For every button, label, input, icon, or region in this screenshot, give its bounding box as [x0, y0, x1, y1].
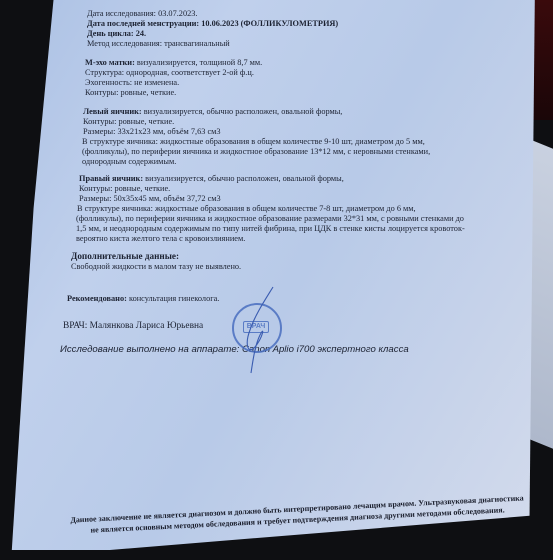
document-content: Дата исследования: 03.07.2023. Дата посл…: [0, 0, 553, 560]
last-menstruation-value: 10.06.2023 (ФОЛЛИКУЛОМЕТРИЯ): [201, 19, 338, 28]
uterus-echo-value: визуализируется, толщиной 8,7 мм.: [135, 58, 262, 67]
left-ovary-structure-3: однородным содержимым.: [82, 157, 176, 167]
additional-data-value: Свободной жидкости в малом тазу не выявл…: [71, 262, 241, 272]
right-ovary-structure-2: (фолликулы), по периферии яичника и жидк…: [76, 214, 464, 224]
study-date: Дата исследования: 03.07.2023.: [87, 9, 197, 19]
recommendation: Рекомендовано: консультация гинеколога.: [67, 294, 219, 304]
additional-data: Дополнительные данные:: [71, 251, 179, 261]
uterus-echo-label: М-эхо матки:: [85, 58, 135, 67]
additional-data-label: Дополнительные данные:: [71, 251, 179, 261]
recommendation-value: консультация гинеколога.: [127, 294, 219, 303]
uterus-structure: Структура: однородная, соответствует 2-о…: [85, 68, 254, 78]
last-menstruation: Дата последней менструации: 10.06.2023 (…: [87, 19, 338, 29]
right-ovary-contours: Контуры: ровные, четкие.: [79, 184, 170, 194]
uterus-echo: М-эхо матки: визуализируется, толщиной 8…: [85, 58, 262, 68]
right-ovary-value: визуализируется, обычно расположен, овал…: [143, 174, 344, 183]
right-ovary-structure-3: 1,5 мм, и неоднородным содержимым по тип…: [76, 224, 465, 234]
cycle-day: День цикла: 24.: [87, 29, 146, 38]
last-menstruation-label: Дата последней менструации:: [87, 19, 199, 28]
right-ovary: Правый яичник: визуализируется, обычно р…: [79, 174, 344, 184]
uterus-echogenicity: Эхогенность: не изменена.: [85, 78, 179, 88]
left-ovary-structure-1: В структуре яичника: жидкостные образова…: [82, 137, 425, 147]
left-ovary-size: Размеры: 33x21x23 мм, объём 7,63 см3: [83, 127, 221, 137]
right-ovary-structure-1: В структуре яичника: жидкостные образова…: [77, 204, 416, 214]
left-ovary: Левый яичник: визуализируется, обычно ра…: [83, 107, 342, 117]
left-ovary-label: Левый яичник:: [83, 107, 142, 116]
left-ovary-structure-2: (фолликулы), по периферии яичника и жидк…: [82, 147, 430, 157]
uterus-contours: Контуры: ровные, четкие.: [85, 88, 176, 98]
disclaimer-footer: Данное заключение не является диагнозом …: [62, 492, 533, 537]
left-ovary-value: визуализируется, обычно расположен, овал…: [142, 107, 343, 116]
right-ovary-structure-4: вероятно киста желтого тела с кровоизлия…: [76, 234, 245, 244]
signature: [225, 285, 295, 375]
right-ovary-size: Размеры: 50x35x45 мм, объём 37,72 см3: [79, 194, 221, 204]
recommendation-label: Рекомендовано:: [67, 294, 127, 303]
right-ovary-label: Правый яичник:: [79, 174, 143, 183]
left-ovary-contours: Контуры: ровные, четкие.: [83, 117, 174, 127]
doctor-name: ВРАЧ: Малянкова Лариса Юрьевна: [63, 321, 203, 331]
study-method: Метод исследования: трансвагинальный: [87, 39, 230, 49]
